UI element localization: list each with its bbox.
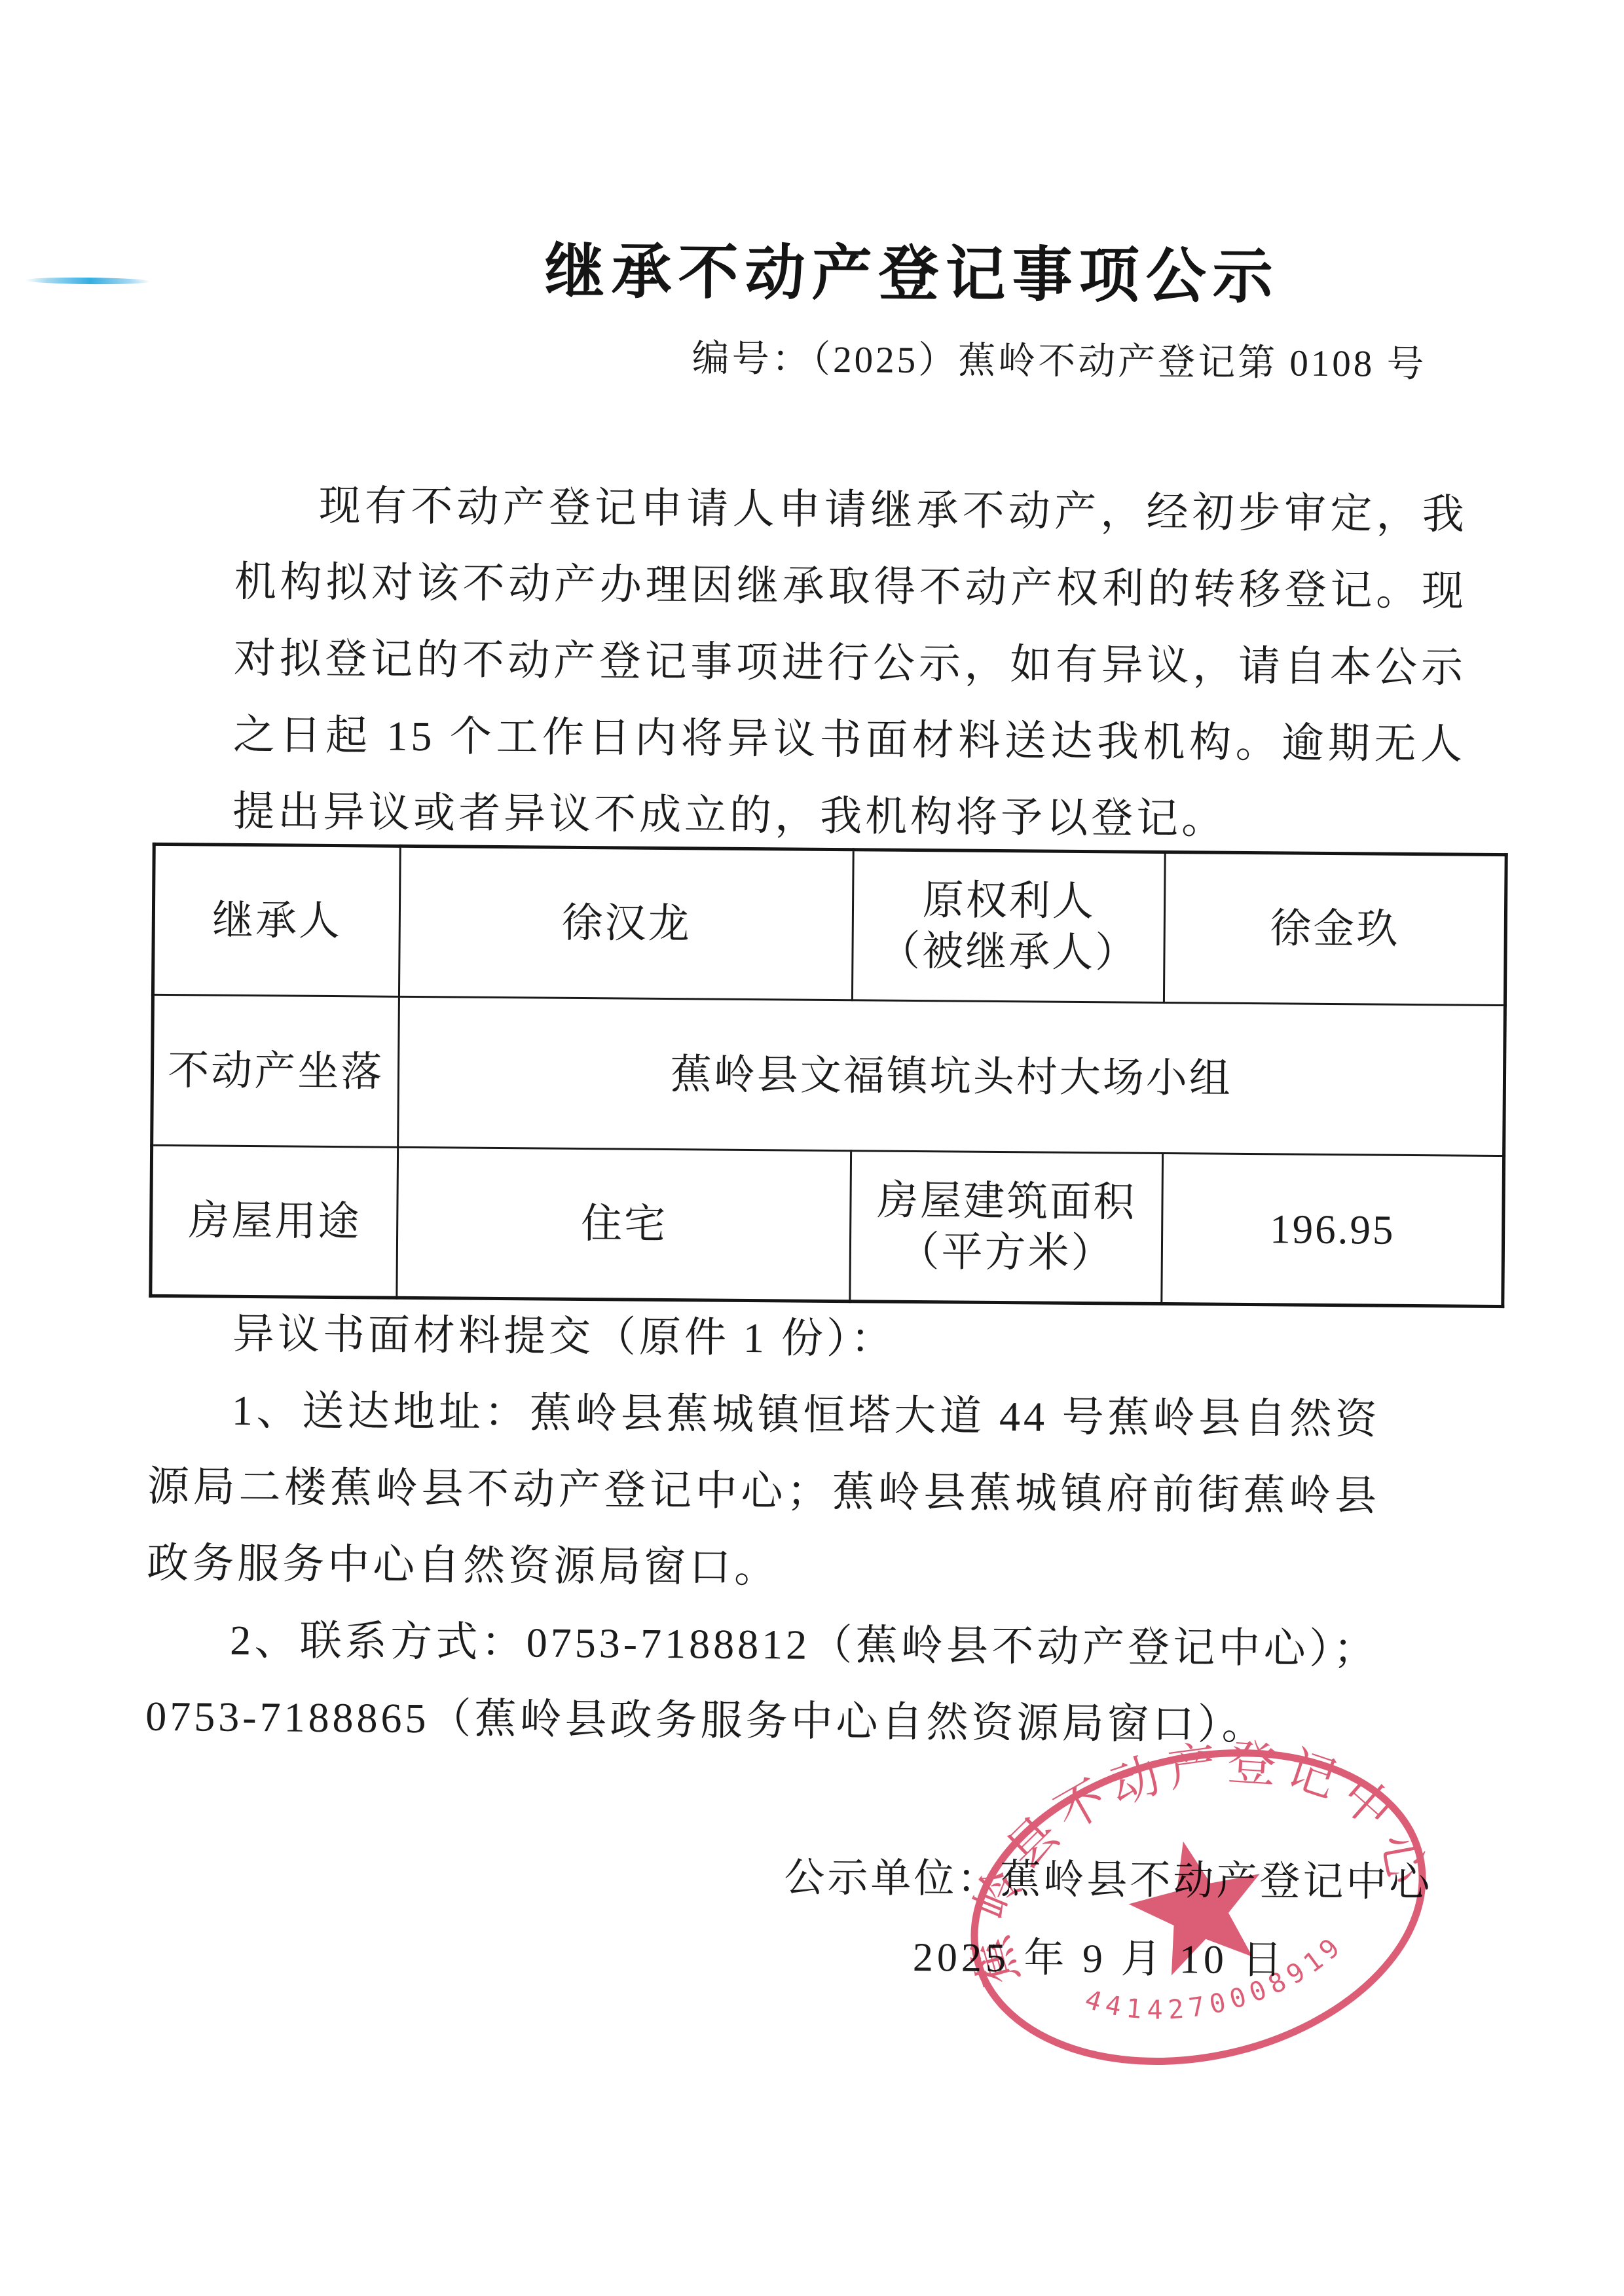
area-label-line1: 房屋建筑面积 [858,1175,1155,1228]
heir-name-cell: 徐汉龙 [399,846,853,1000]
usage-label-cell: 房屋用途 [151,1145,398,1298]
intro-paragraph: 现有不动产登记申请人申请继承不动产，经初步审定，我机构拟对该不动产办理因继承取得… [232,467,1468,860]
location-label-cell: 不动产坐落 [152,994,399,1147]
heir-label-cell: 继承人 [153,844,400,996]
scan-artifact-streak [25,277,151,285]
seal-star-icon [1118,1827,1278,1982]
table-row-location: 不动产坐落 蕉岭县文福镇坑头村大场小组 [152,994,1505,1156]
original-holder-label-line1: 原权利人 [860,874,1158,928]
table-row-heir: 继承人 徐汉龙 原权利人 （被继承人） 徐金玖 [153,844,1506,1005]
original-holder-label-cell: 原权利人 （被继承人） [852,850,1165,1003]
table-row-usage: 房屋用途 住宅 房屋建筑面积 （平方米） 196.95 [151,1145,1504,1306]
doc-number: 编号：（2025）蕉岭不动产登记第 0108 号 [156,335,1511,385]
registration-table: 继承人 徐汉龙 原权利人 （被继承人） 徐金玖 不动产坐落 蕉岭县文福镇坑头村大… [149,843,1507,1308]
objection-item-1: 1、送达地址：蕉岭县蕉城镇恒塔大道 44 号蕉岭县自然资源局二楼蕉岭县不动产登记… [147,1372,1381,1611]
area-label-line2: （平方米） [858,1226,1155,1279]
area-value-cell: 196.95 [1162,1153,1504,1306]
area-label-cell: 房屋建筑面积 （平方米） [850,1151,1163,1304]
scanned-notice-page: 继承不动产登记事项公示 编号：（2025）蕉岭不动产登记第 0108 号 现有不… [0,0,1624,2296]
original-holder-label-line2: （被继承人） [860,925,1157,979]
objection-section: 异议书面材料提交（原件 1 份）： 1、送达地址：蕉岭县蕉城镇恒塔大道 44 号… [145,1295,1504,1765]
original-holder-name-cell: 徐金玖 [1164,852,1507,1005]
notice-title: 继承不动产登记事项公示 [234,239,1590,310]
objection-heading: 异议书面材料提交（原件 1 份）： [148,1295,1381,1381]
usage-value-cell: 住宅 [397,1147,851,1301]
location-value-cell: 蕉岭县文福镇坑头村大场小组 [398,996,1505,1156]
seal-code-number: 4414270008919 [1076,1925,1358,2049]
